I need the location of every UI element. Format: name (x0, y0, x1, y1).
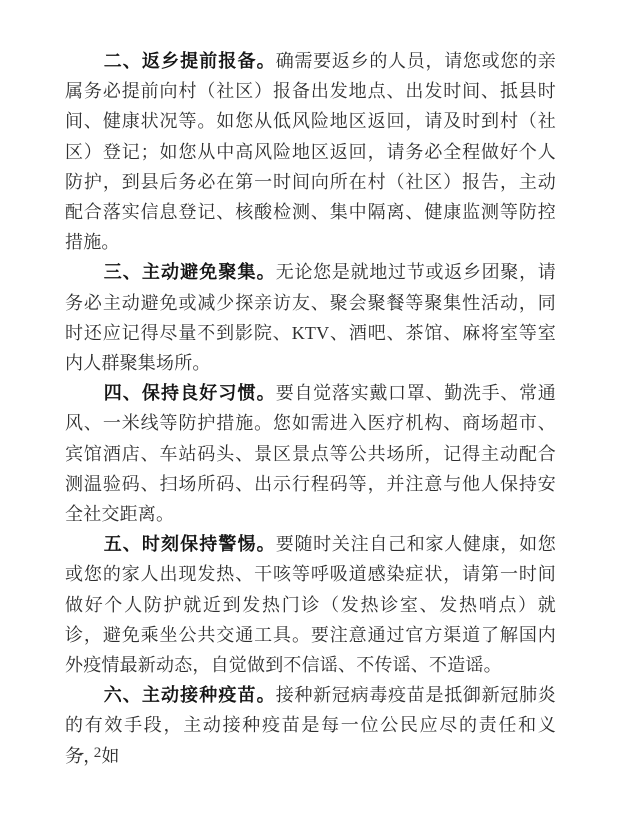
document-body: 二、返乡提前报备。确需要返乡的人员，请您或您的亲属务必提前向村（社区）报备出发地… (65, 46, 556, 771)
document-page: 二、返乡提前报备。确需要返乡的人员，请您或您的亲属务必提前向村（社区）报备出发地… (0, 0, 620, 814)
section-heading-5: 五、时刻保持警惕。 (104, 534, 276, 554)
section-heading-3: 三、主动避免聚集。 (104, 262, 276, 282)
section-heading-4: 四、保持良好习惯。 (104, 383, 276, 403)
paragraph-good-habits: 四、保持良好习惯。要自觉落实戴口罩、勤洗手、常通风、一米线等防护措施。您如需进入… (65, 378, 556, 529)
section-heading-6: 六、主动接种疫苗。 (104, 685, 276, 705)
section-heading-2: 二、返乡提前报备。 (104, 51, 276, 71)
paragraph-text: 要自觉落实戴口罩、勤洗手、常通风、一米线等防护措施。您如需进入医疗机构、商场超市… (65, 383, 556, 524)
paragraph-stay-alert: 五、时刻保持警惕。要随时关注自己和家人健康，如您或您的家人出现发热、干咳等呼吸道… (65, 529, 556, 680)
paragraph-vaccination: 六、主动接种疫苗。接种新冠病毒疫苗是抵御新冠肺炎的有效手段，主动接种疫苗是每一位… (65, 680, 556, 771)
paragraph-avoid-gathering: 三、主动避免聚集。无论您是就地过节或返乡团聚，请务必主动避免或减少探亲访友、聚会… (65, 257, 556, 378)
page-number: - 2 - (79, 745, 119, 762)
paragraph-text: 确需要返乡的人员，请您或您的亲属务必提前向村（社区）报备出发地点、出发时间、抵县… (65, 51, 556, 252)
paragraph-text: 要随时关注自己和家人健康，如您或您的家人出现发热、干咳等呼吸道感染症状，请第一时… (65, 534, 556, 675)
paragraph-return-report: 二、返乡提前报备。确需要返乡的人员，请您或您的亲属务必提前向村（社区）报备出发地… (65, 46, 556, 257)
